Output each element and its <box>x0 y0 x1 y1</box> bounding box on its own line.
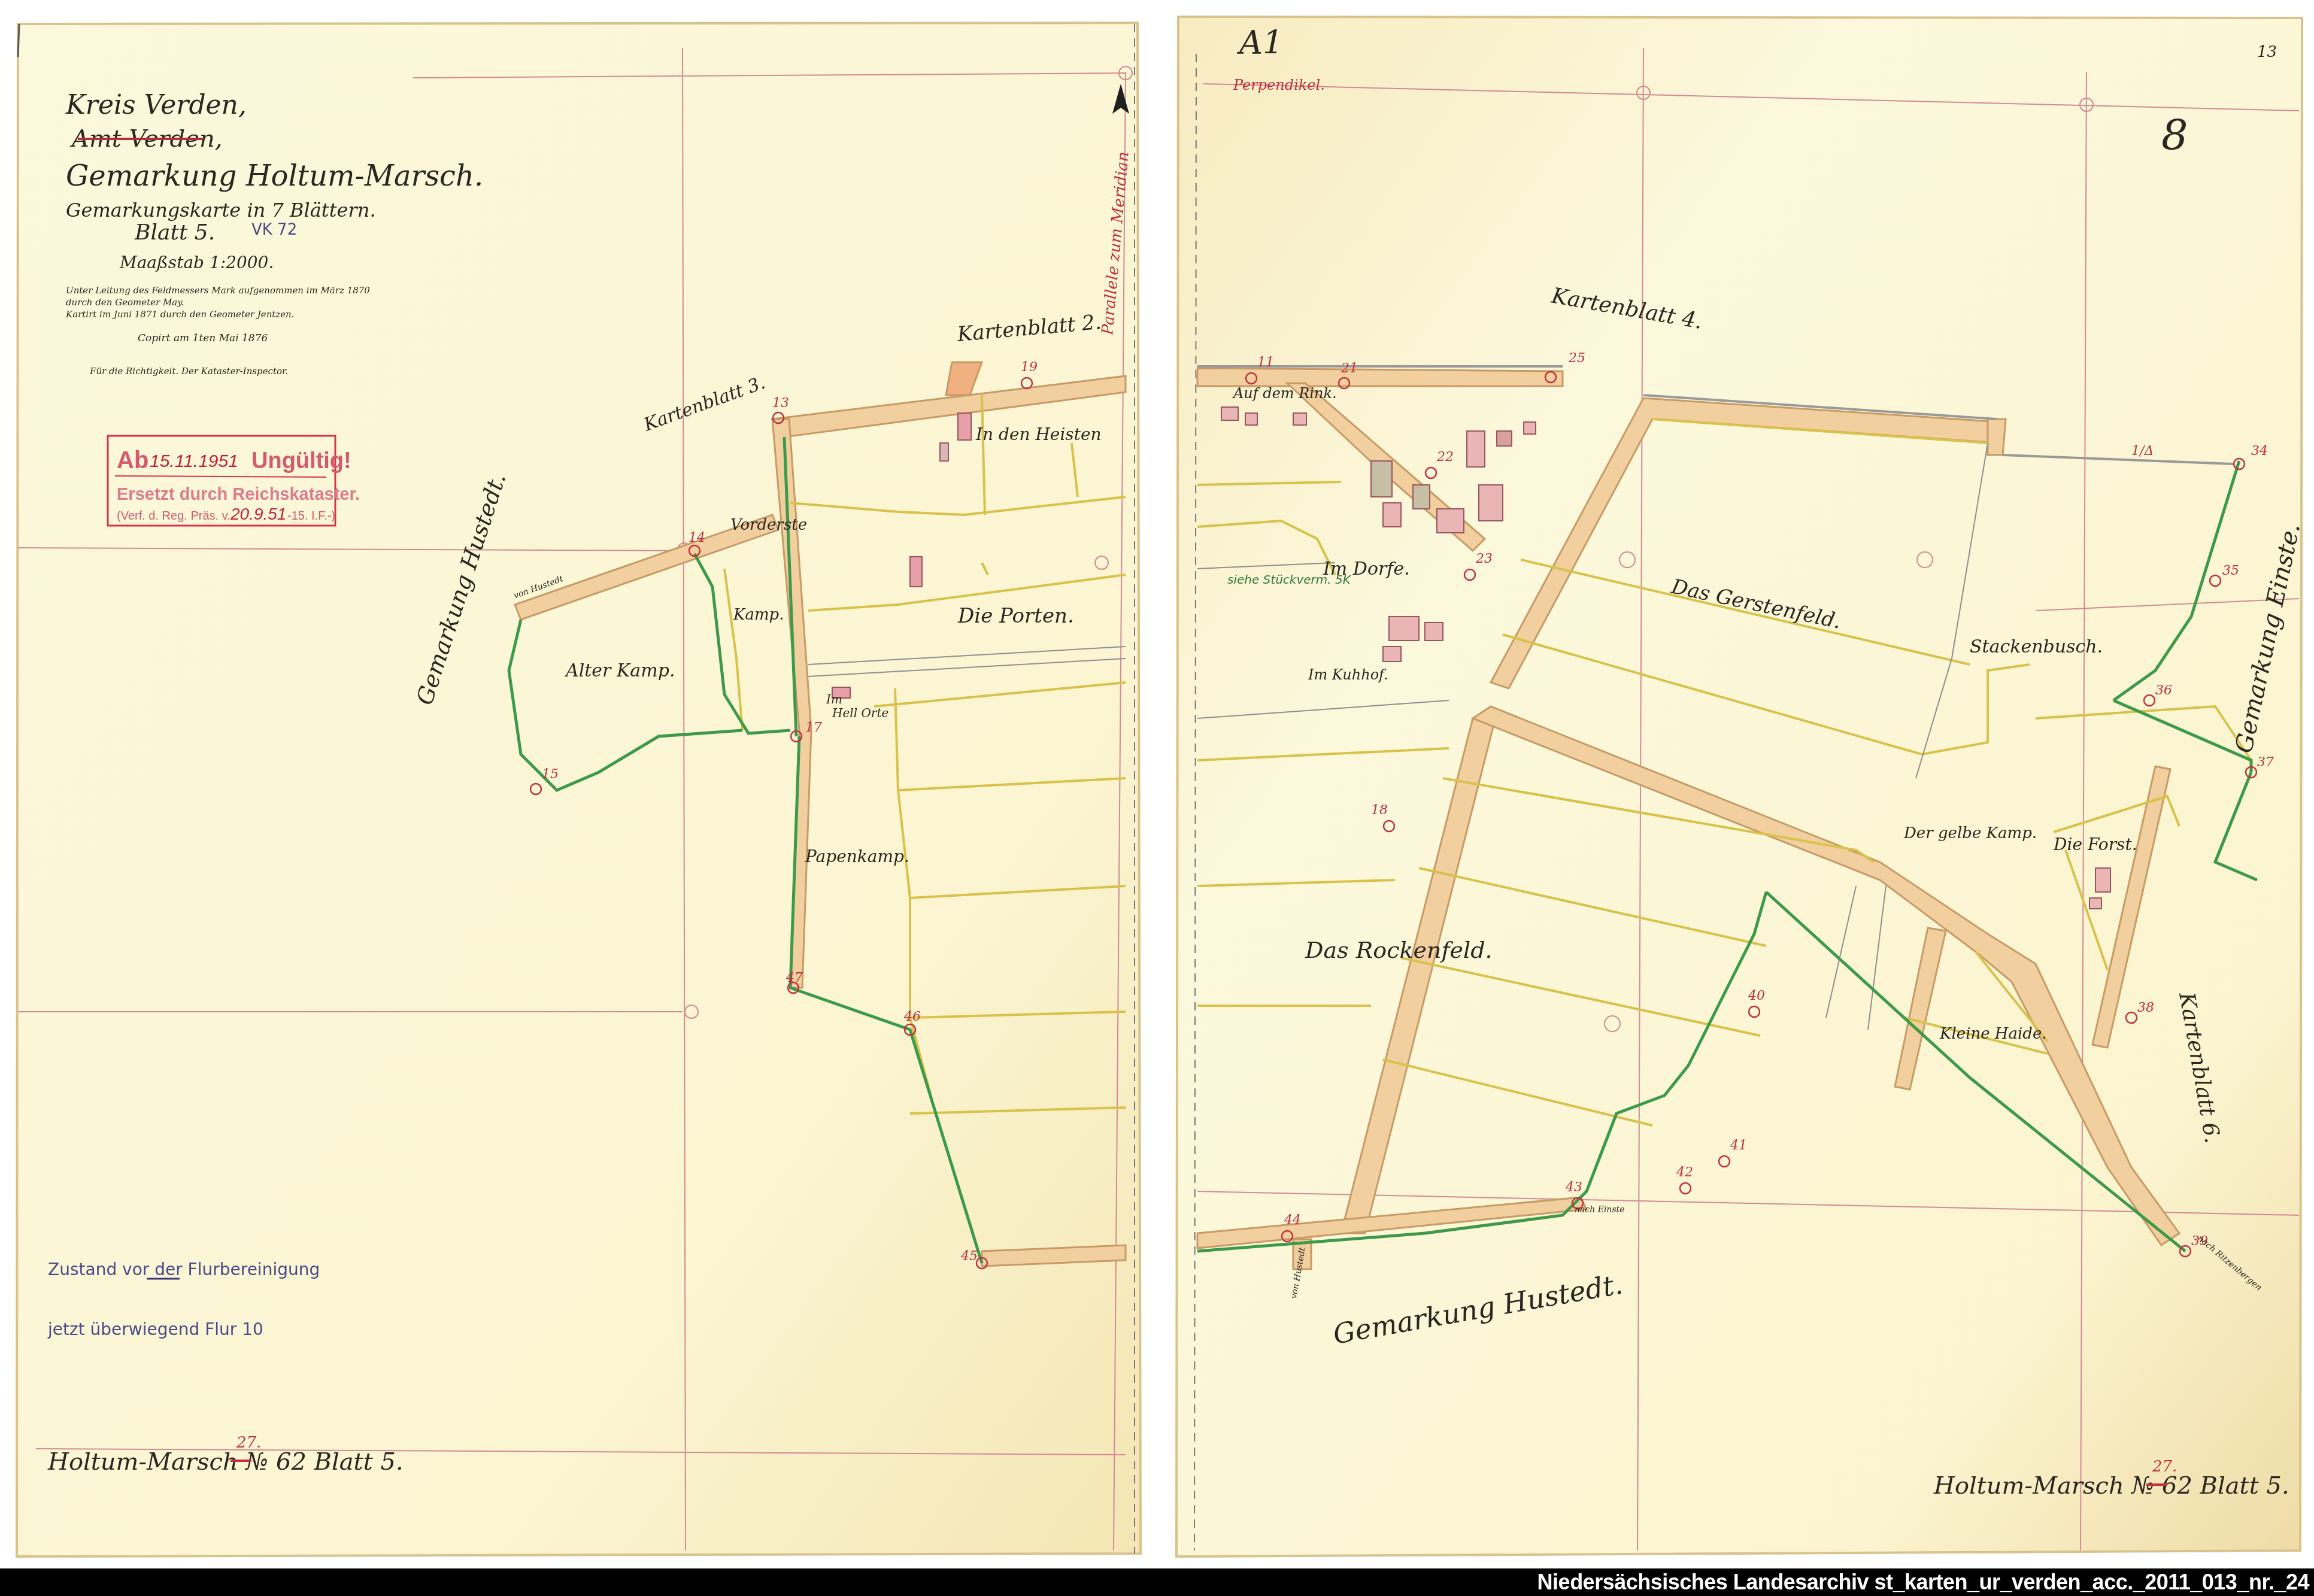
note-siehe-stueck: siehe Stückverm. 5K <box>1227 572 1352 587</box>
cadastral-map: Parallele zum Meridian <box>0 0 2314 1568</box>
point-11: 11 <box>1257 355 1274 370</box>
point-37: 37 <box>2257 755 2274 770</box>
label-nach-einste: nach Einste <box>1575 1205 1624 1215</box>
stamp-date: 15.11.1951 <box>150 451 238 471</box>
note-jetzt-flur: jetzt überwiegend Flur 10 <box>47 1319 263 1339</box>
point-14: 14 <box>689 530 705 545</box>
point-35: 35 <box>2222 563 2239 578</box>
stamp-decree-date: 20.9.51 <box>230 505 286 523</box>
title-gemarkung: Gemarkung Holtum-Marsch. <box>66 159 483 193</box>
label-in-den-heisten: In den Heisten <box>975 424 1102 444</box>
point-45: 45 <box>960 1249 978 1264</box>
point-triangulation: 1/Δ <box>2131 444 2154 459</box>
point-46: 46 <box>903 1009 921 1024</box>
survey-note-1: Unter Leitung des Feldmessers Mark aufge… <box>66 285 370 296</box>
point-38: 38 <box>2137 1000 2154 1015</box>
point-22: 22 <box>1436 450 1454 465</box>
left-footer-red-number: 27. <box>236 1434 261 1452</box>
survey-note-2: durch den Geometer May. <box>66 297 184 308</box>
label-die-forst: Die Forst. <box>2053 835 2137 854</box>
point-21: 21 <box>1341 361 1358 376</box>
pencil-vk-note: VK 72 <box>251 221 297 239</box>
point-25: 25 <box>1568 351 1585 366</box>
label-vorderste: Vorderste <box>730 516 807 534</box>
point-15: 15 <box>542 767 559 782</box>
title-kreis: Kreis Verden, <box>65 90 247 120</box>
point-18: 18 <box>1371 803 1388 818</box>
sheet-number-8: 8 <box>2161 111 2188 160</box>
archive-caption: Niedersächsisches Landesarchiv st_karten… <box>1537 1570 2309 1595</box>
stamp-status: Ungültig! <box>251 448 351 474</box>
right-footer-title: Holtum-Marsch № 62 Blatt 5. <box>1933 1472 2289 1500</box>
label-papenkamp: Papenkamp. <box>805 846 909 866</box>
archive-caption-bar: Niedersächsisches Landesarchiv st_karten… <box>0 1568 2314 1596</box>
left-footer-title: Holtum-Marsch № 62 Blatt 5. <box>47 1448 404 1476</box>
label-das-rockenfeld: Das Rockenfeld. <box>1305 937 1493 963</box>
point-23: 23 <box>1475 551 1493 566</box>
title-blatt: Blatt 5. <box>134 220 215 245</box>
label-stackenbusch: Stackenbusch. <box>1970 636 2103 657</box>
point-13: 13 <box>772 396 789 411</box>
label-die-porten: Die Porten. <box>957 604 1074 628</box>
point-47: 47 <box>786 970 803 985</box>
point-44: 44 <box>1284 1213 1301 1228</box>
label-im-kuhhof: Im Kuhhof. <box>1308 666 1388 683</box>
label-kamp: Kamp. <box>733 606 784 624</box>
left-sheet: Parallele zum Meridian <box>17 23 1141 1556</box>
label-hell-orte: Hell Orte <box>832 706 888 720</box>
attestation: Für die Richtigkeit. Der Kataster-Inspec… <box>89 366 288 377</box>
point-41: 41 <box>1730 1138 1747 1153</box>
stamp-replaced: Ersetzt durch Reichskataster. <box>117 485 360 504</box>
label-kleine-haide: Kleine Haide. <box>1939 1025 2047 1043</box>
point-42: 42 <box>1676 1165 1693 1180</box>
title-gemarkungskarte: Gemarkungskarte in 7 Blättern. <box>66 199 376 222</box>
label-der-gelbe-kamp: Der gelbe Kamp. <box>1903 824 2037 842</box>
point-43: 43 <box>1565 1180 1582 1195</box>
corner-note-a1: A1 <box>1236 24 1283 62</box>
point-34: 34 <box>2251 444 2268 459</box>
label-im: Im <box>826 692 842 706</box>
perpendikel-label: Perpendikel. <box>1233 77 1325 93</box>
right-sheet: A1 8 13 Perpendikel. <box>1176 17 2306 1556</box>
point-17: 17 <box>805 720 822 735</box>
pencil-corner-mark: 13 <box>2257 43 2277 61</box>
stamp-prefix: Ab <box>117 447 148 474</box>
label-auf-dem-rink: Auf dem Rink. <box>1232 385 1337 402</box>
point-19: 19 <box>1021 360 1038 375</box>
survey-note-3: Kartirt im Juni 1871 durch den Geometer … <box>65 309 295 320</box>
copy-date: Copirt am 1ten Mai 1876 <box>138 332 268 344</box>
note-zustand: Zustand vor der Flurbereinigung <box>48 1260 320 1279</box>
stamp-decree-ref: -15. I.F.-) <box>287 509 335 523</box>
label-alter-kamp: Alter Kamp. <box>564 660 675 681</box>
point-40: 40 <box>1748 988 1765 1003</box>
scale-text: Maaßstab 1:2000. <box>119 253 274 272</box>
point-36: 36 <box>2155 683 2172 698</box>
right-footer-red-number: 27. <box>2152 1458 2177 1476</box>
stamp-decree: (Verf. d. Reg. Präs. v. <box>117 509 231 523</box>
